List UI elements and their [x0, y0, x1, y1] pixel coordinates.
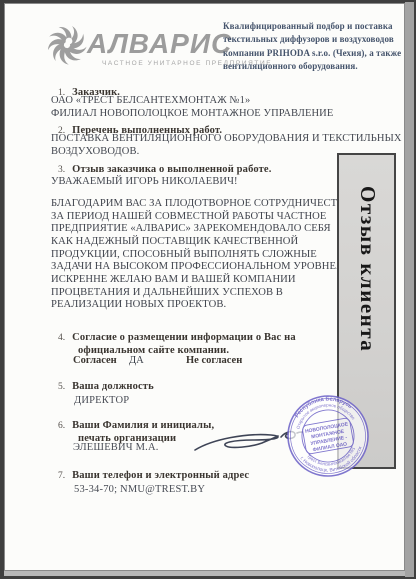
agree-label: Согласен: [73, 355, 117, 366]
name-value: ЭЛЕШЕВИЧ М.А.: [73, 442, 159, 453]
brand-logo: АЛВАРИС ЧАСТНОЕ УНИТАРНОЕ ПРЕДПРИЯТИЕ: [47, 24, 227, 72]
review-line: ЗАДАЧИ НА ВЫСОКОМ ПРОФЕССИОНАЛЬНОМ УРОВН…: [51, 261, 355, 274]
intro-line: компании PRIHODA s.r.o. (Чехия), а также: [223, 47, 409, 60]
review-line: РЕАЛИЗАЦИИ НОВЫХ ПРОЕКТОВ.: [51, 299, 355, 312]
intro-line: текстильных диффузоров и воздуховодов: [223, 33, 409, 46]
review-line: ЗА ПЕРИОД НАШЕЙ СОВМЕСТНОЙ РАБОТЫ ЧАСТНО…: [51, 211, 355, 224]
review-line: ПРОЦВЕТАНИЯ И ДАЛЬНЕЙШИХ УСПЕХОВ В: [51, 287, 355, 300]
review-line: КАК НАДЕЖНЫЙ ПОСТАВЩИК КАЧЕСТВЕННОЙ: [51, 236, 355, 249]
intro-line: вентиляционного оборудования.: [223, 60, 409, 73]
review-line: ПРОДУКЦИИ, СПОСОБНЫЙ ВЫПОЛНЯТЬ СЛОЖНЫЕ: [51, 249, 355, 262]
section-title: Отзыв заказчика о выполненной работе.: [72, 164, 271, 175]
section-3-heading: 3.Отзыв заказчика о выполненной работе.: [58, 159, 271, 177]
agree-value: ДА: [129, 355, 144, 366]
customer-line-2: ФИЛИАЛ НОВОПОЛОЦКОЕ МОНТАЖНОЕ УПРАВЛЕНИЕ: [51, 108, 333, 119]
fan-pinwheel-icon: [47, 24, 87, 66]
brand-name: АЛВАРИС: [87, 28, 232, 60]
review-line: ПРЕДПРИЯТИЕ «АЛВАРИС» ЗАРЕКОМЕНДОВАЛО СЕ…: [51, 223, 355, 236]
section-number: 7.: [58, 471, 65, 481]
intro-text: Квалифицированный подбор и поставка текс…: [223, 20, 409, 74]
section-4-heading: 4.Согласие о размещении информации о Вас…: [58, 327, 296, 356]
section-5-heading: 5.Ваша должность: [58, 376, 154, 394]
customer-line-1: ОАО «ТРЕСТ БЕЛСАНТЕХМОНТАЖ №1»: [51, 95, 250, 106]
greeting-line: УВАЖАЕМЫЙ ИГОРЬ НИКОЛАЕВИЧ!: [51, 176, 238, 187]
contact-value: 53-34-70; NMU@TREST.BY: [74, 484, 205, 495]
position-value: ДИРЕКТОР: [74, 395, 129, 406]
document-page: АЛВАРИС ЧАСТНОЕ УНИТАРНОЕ ПРЕДПРИЯТИЕ Кв…: [4, 3, 405, 571]
section-number: 4.: [58, 333, 65, 343]
scan-edge-shadow-bottom: [4, 571, 405, 576]
section-number: 5.: [58, 382, 65, 392]
disagree-label: Не согласен: [186, 355, 242, 366]
section-7-heading: 7.Ваши телефон и электронный адрес: [58, 465, 249, 483]
works-line-1: ПОСТАВКА ВЕНТИЛЯЦИОННОГО ОБОРУДОВАНИЯ И …: [51, 133, 402, 144]
review-line: БЛАГОДАРИМ ВАС ЗА ПЛОДОТВОРНОЕ СОТРУДНИЧ…: [51, 198, 355, 211]
review-paragraph: БЛАГОДАРИМ ВАС ЗА ПЛОДОТВОРНОЕ СОТРУДНИЧ…: [51, 198, 355, 312]
section-number: 3.: [58, 165, 65, 175]
section-title: Ваша должность: [72, 381, 154, 392]
section-title-line-1: Согласие о размещении информации о Вас н…: [72, 332, 296, 343]
consent-row: Согласен ДА Не согласен: [73, 355, 117, 366]
section-title: Ваши телефон и электронный адрес: [72, 470, 249, 481]
intro-line: Квалифицированный подбор и поставка: [223, 20, 409, 33]
side-band-label: Отзыв клиента: [355, 186, 380, 352]
review-line: ИСКРЕННЕ ЖЕЛАЮ ВАМ И ВАШЕЙ КОМПАНИИ: [51, 274, 355, 287]
company-stamp: Республика Беларусь Открытое акционерное…: [280, 388, 376, 484]
section-number: 6.: [58, 421, 65, 431]
works-line-2: ВОЗДУХОВОДОВ.: [51, 146, 139, 157]
scan-edge-shadow: [405, 2, 414, 577]
